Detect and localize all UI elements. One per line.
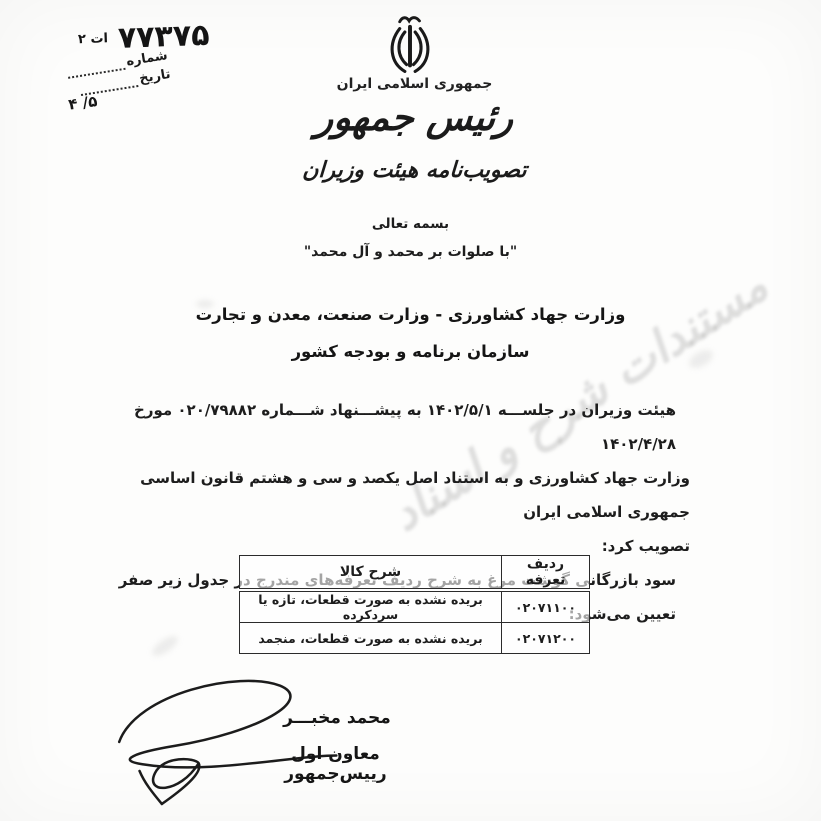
letterhead-doc-type: تصویب‌نامه هیئت وزیران [3, 158, 821, 183]
table-row: ۰۲۰۷۱۲۰۰ بریده نشده به صورت قطعات، منجمد [240, 623, 590, 654]
addressees-block: وزارت جهاد کشاورزی - وزارت صنعت، معدن و … [0, 296, 821, 370]
table-header-row: ردیف تعرفه شرح کالا [240, 556, 590, 591]
description-cell: بریده نشده به صورت قطعات، تازه یا سردکرد… [240, 590, 502, 623]
signer-name: محمد مخبـــر [262, 708, 412, 728]
signature-scribble [94, 666, 346, 812]
addressee-line-1: وزارت جهاد کشاورزی - وزارت صنعت، معدن و … [0, 296, 821, 333]
scan-smudge [149, 632, 180, 659]
salawat-line: "با صلوات بر محمد و آل محمد" [0, 244, 821, 260]
description-column-header: شرح کالا [240, 556, 502, 591]
body-line-2: وزارت جهاد کشاورزی و به استناد اصل یکصد … [78, 461, 690, 529]
tariff-code-cell: ۰۲۰۷۱۱۰۰ [502, 590, 590, 623]
besmeleh-line: بسمه تعالی [0, 216, 821, 232]
description-cell: بریده نشده به صورت قطعات، منجمد [240, 623, 502, 654]
tariff-table: ردیف تعرفه شرح کالا ۰۲۰۷۱۱۰۰ بریده نشده … [239, 555, 590, 654]
signer-title: معاون اول رییس‌جمهور [248, 744, 423, 784]
addressee-line-2: سازمان برنامه و بودجه کشور [0, 333, 821, 370]
document-page: مستندات شرح و اسناد ۷۷۳۷۵ ات ۲ شماره تار… [0, 0, 821, 821]
body-line-1: هیئت وزیران در جلســـه ۱۴۰۲/۵/۱ به پیشــ… [78, 393, 690, 461]
registry-number-suffix: ات ۲ [78, 31, 108, 47]
tariff-column-header: ردیف تعرفه [502, 556, 590, 591]
iran-emblem-icon [383, 14, 437, 74]
table-row: ۰۲۰۷۱۱۰۰ بریده نشده به صورت قطعات، تازه … [240, 590, 590, 623]
tariff-code-cell: ۰۲۰۷۱۲۰۰ [502, 623, 590, 654]
letterhead-country: جمهوری اسلامی ایران [4, 76, 821, 92]
letterhead-office-title: رئیس جمهور [2, 96, 821, 139]
